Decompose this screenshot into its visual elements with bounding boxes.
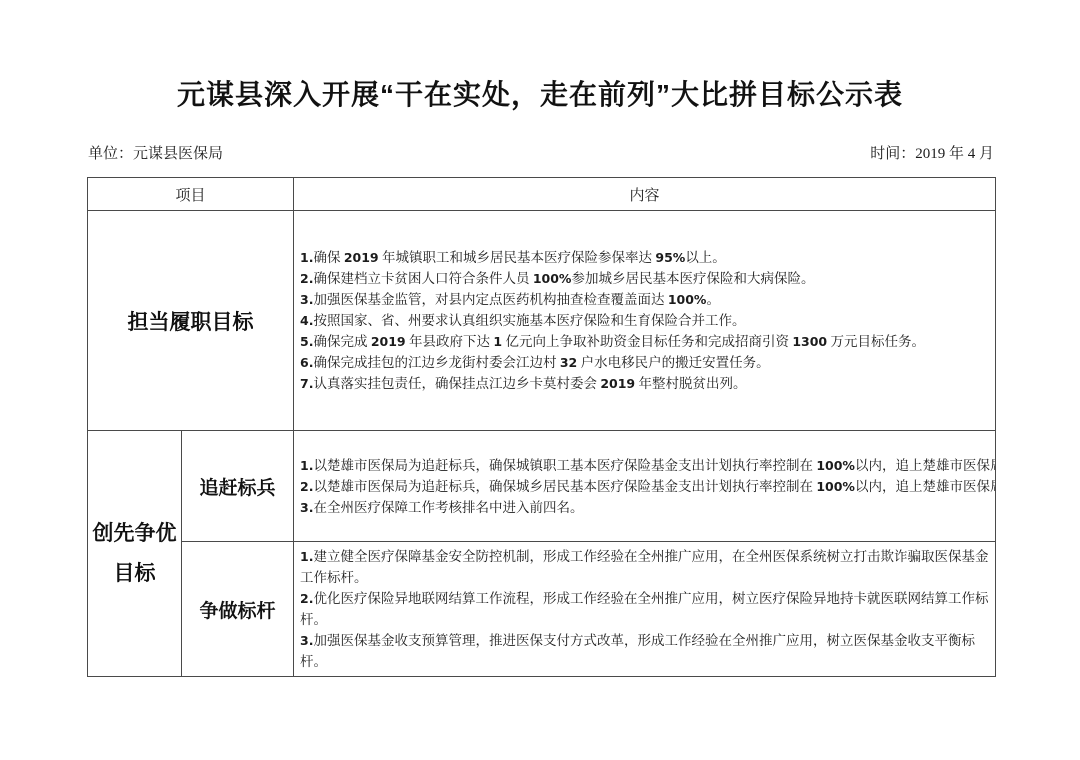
section-label-excellence-line1: 创先争优 [88,514,181,554]
list-item: 7.认真落实挂包责任，确保挂点江边乡卡莫村委会 2019 年整村脱贫出列。 [300,373,991,394]
meta-row: 单位：元谋县医保局 时间：2019 年 4 月 [88,141,994,163]
list-item: 4.按照国家、省、州要求认真组织实施基本医疗保险和生育保险合并工作。 [300,310,991,331]
section-label-duty: 担当履职目标 [88,211,294,431]
time-label: 时间：2019 年 4 月 [870,142,994,163]
list-item: 2.确保建档立卡贫困人口符合条件人员 100%参加城乡居民基本医疗保险和大病保险… [300,268,991,289]
sub-label-benchmark: 争做标杆 [182,542,294,677]
section-content-benchmark: 1.建立健全医疗保障基金安全防控机制，形成工作经验在全州推广应用，在全州医保系统… [294,542,996,677]
list-item: 3.加强医保基金收支预算管理，推进医保支付方式改革，形成工作经验在全州推广应用，… [300,630,991,672]
list-item: 2.以楚雄市医保局为追赶标兵，确保城乡居民基本医疗保险基金支出计划执行率控制在 … [300,476,991,497]
section-row-benchmark: 争做标杆 1.建立健全医疗保障基金安全防控机制，形成工作经验在全州推广应用，在全… [88,542,996,677]
page-title: 元谋县深入开展“干在实处，走在前列”大比拼目标公示表 [0,76,1080,114]
section-row-pacesetter: 创先争优 目标 追赶标兵 1.以楚雄市医保局为追赶标兵，确保城镇职工基本医疗保险… [88,431,996,542]
list-item: 3.在全州医疗保障工作考核排名中进入前四名。 [300,497,991,518]
table-header-row: 项目 内容 [88,178,996,211]
list-item: 6.确保完成挂包的江边乡龙街村委会江边村 32 户水电移民户的搬迁安置任务。 [300,352,991,373]
section-row-duty: 担当履职目标 1.确保 2019 年城镇职工和城乡居民基本医疗保险参保率达 95… [88,211,996,431]
col-header-item: 项目 [88,178,294,211]
col-header-content: 内容 [294,178,996,211]
unit-label: 单位：元谋县医保局 [88,142,223,163]
section-content-pacesetter: 1.以楚雄市医保局为追赶标兵，确保城镇职工基本医疗保险基金支出计划执行率控制在 … [294,431,996,542]
list-item: 5.确保完成 2019 年县政府下达 1 亿元向上争取补助资金目标任务和完成招商… [300,331,991,352]
list-item: 1.以楚雄市医保局为追赶标兵，确保城镇职工基本医疗保险基金支出计划执行率控制在 … [300,455,991,476]
section-label-excellence: 创先争优 目标 [88,431,182,677]
section-label-excellence-line2: 目标 [88,554,181,594]
section-content-duty: 1.确保 2019 年城镇职工和城乡居民基本医疗保险参保率达 95%以上。 2.… [294,211,996,431]
sub-label-pacesetter: 追赶标兵 [182,431,294,542]
goals-table: 项目 内容 担当履职目标 1.确保 2019 年城镇职工和城乡居民基本医疗保险参… [87,177,996,677]
list-item: 1.确保 2019 年城镇职工和城乡居民基本医疗保险参保率达 95%以上。 [300,247,991,268]
list-item: 2.优化医疗保险异地联网结算工作流程，形成工作经验在全州推广应用，树立医疗保险异… [300,588,991,630]
document-page: 元谋县深入开展“干在实处，走在前列”大比拼目标公示表 单位：元谋县医保局 时间：… [0,0,1080,760]
list-item: 3.加强医保基金监管，对县内定点医药机构抽查检查覆盖面达 100%。 [300,289,991,310]
list-item: 1.建立健全医疗保障基金安全防控机制，形成工作经验在全州推广应用，在全州医保系统… [300,546,991,588]
